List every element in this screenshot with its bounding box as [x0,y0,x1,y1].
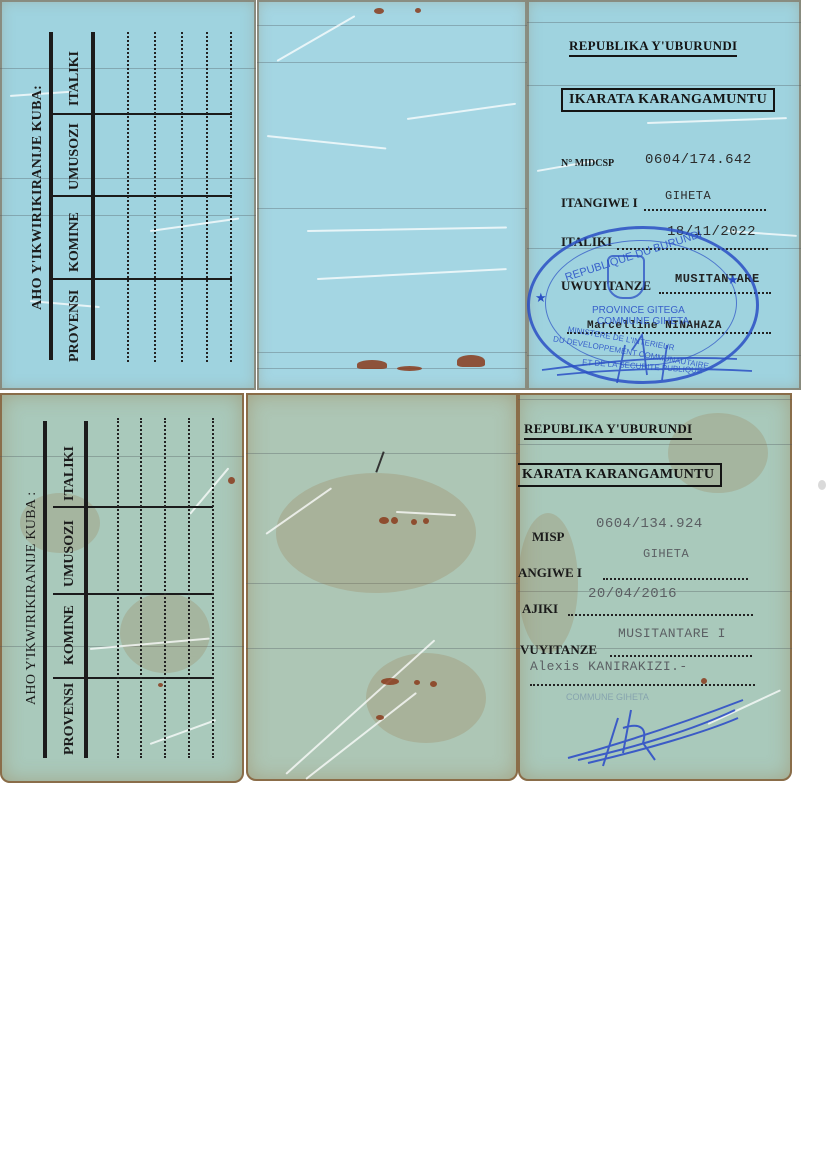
issued-at-label: ANGIWE I [518,565,582,581]
card-old-middle-panel [246,393,518,781]
back-title: AHO Y'IKWIRIKIRANIJE KUBA: [30,85,46,310]
number-label: MISP [532,529,565,545]
column-header-provensi: PROVENSI [67,290,83,362]
card-old-front-panel: REPUBLIKA Y'UBURUNDI KARATA KARANGAMUNTU… [518,393,792,781]
coat-of-arms-icon [607,255,645,299]
back-title: AHO Y'IKWIRIKIRANIJE KUBA : [24,492,40,705]
column-header-komine: KOMINE [67,212,83,272]
stamp-province: PROVINCE GITEGA [592,305,685,316]
date-value: 20/04/2016 [588,586,677,602]
number-label: N° MIDCSP [561,158,614,169]
signatory-name: Alexis KANIRAKIZI.- [530,659,688,674]
card-new-front-panel: REPUBLIKA Y'UBURUNDI IKARATA KARANGAMUNT… [527,0,801,390]
card-title: KARATA KARANGAMUNTU [518,463,722,487]
scanned-document: AHO Y'IKWIRIKIRANIJE KUBA: PROVENSI KOMI… [0,0,827,1169]
card-new-back-panel: AHO Y'IKWIRIKIRANIJE KUBA: PROVENSI KOMI… [0,0,256,390]
issued-at-label: ITANGIWE I [561,195,638,211]
card-new-middle-panel [257,0,527,390]
signature-icon [563,688,753,768]
column-header-italiki: ITALIKI [67,51,83,106]
pen-mark [375,451,384,472]
country-title: REPUBLIKA Y'UBURUNDI [524,421,692,440]
number-value: 0604/134.924 [596,516,703,532]
number-value: 0604/174.642 [645,152,752,168]
issued-at-value: GIHETA [643,547,689,561]
column-header-italiki: ITALIKI [62,446,78,501]
signature-icon [537,325,767,385]
star-icon: ★ [727,272,739,288]
signatory-label: VUYITANZE [520,642,597,658]
card-old-back-panel: AHO Y'IKWIRIKIRANIJE KUBA : PROVENSI KOM… [0,393,244,783]
column-header-komine: KOMINE [62,605,78,665]
signatory-title-value: MUSITANTARE I [618,626,726,641]
column-header-umusozi: UMUSOZI [62,520,78,587]
card-title: IKARATA KARANGAMUNTU [561,88,775,112]
column-header-provensi: PROVENSI [62,683,78,755]
issued-at-value: GIHETA [665,189,711,203]
scan-speck [818,480,826,490]
country-title: REPUBLIKA Y'UBURUNDI [569,38,737,57]
date-label: AJIKI [522,601,558,617]
column-header-umusozi: UMUSOZI [67,123,83,190]
star-icon: ★ [535,290,547,306]
